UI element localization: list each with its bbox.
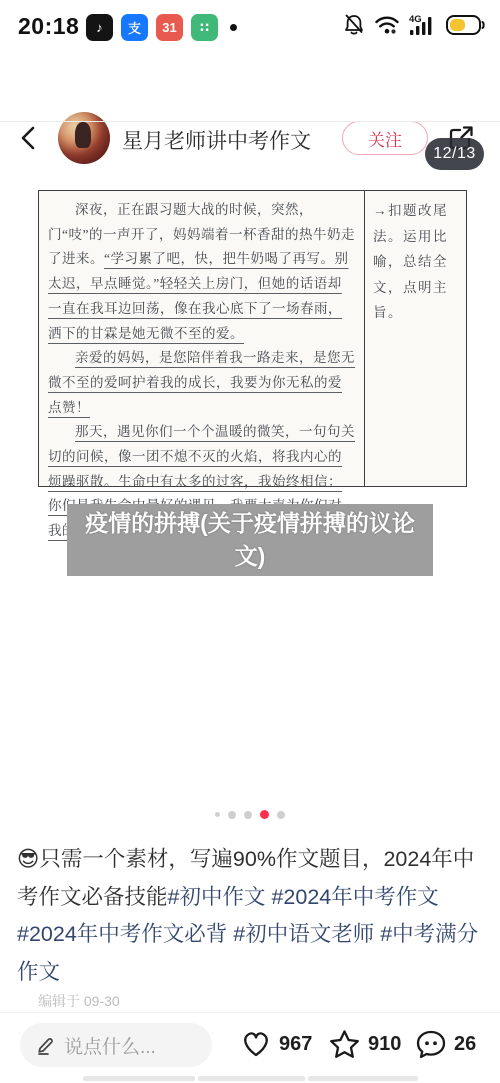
- author-name[interactable]: 星月老师讲中考作文: [122, 125, 311, 155]
- essay-photo[interactable]: 深夜，正在跟习题大战的时候，突然，门“吱”的一声开了，妈妈端着一杯香甜的热牛奶走…: [38, 190, 467, 487]
- hashtag[interactable]: #2024年中考作文: [265, 885, 438, 909]
- carousel-pagination: [0, 810, 500, 819]
- star-icon: [328, 1029, 361, 1060]
- like-button[interactable]: 967: [240, 1029, 312, 1059]
- status-bar: 20:18 ♪支31∷ 4G: [0, 0, 500, 55]
- comment-placeholder: 说点什么...: [64, 1032, 156, 1059]
- edited-timestamp: 编辑于 09-30: [38, 991, 120, 1011]
- hashtag[interactable]: #2024年中考作文必背: [17, 922, 227, 946]
- pagination-dot: [228, 811, 236, 819]
- wifi-icon: [374, 14, 400, 36]
- green-app-icon: ∷: [191, 14, 218, 41]
- back-button[interactable]: [16, 125, 42, 151]
- pagination-dot-active: [260, 810, 269, 819]
- heart-icon: [240, 1029, 272, 1059]
- comment-button[interactable]: 26: [415, 1029, 476, 1060]
- calendar-icon: 31: [156, 14, 183, 41]
- douyin-icon: ♪: [86, 14, 113, 41]
- bottom-action-bar: 说点什么... 967 910 26: [0, 1012, 500, 1083]
- alipay-icon: 支: [121, 14, 148, 41]
- follow-button[interactable]: 关注: [342, 121, 428, 155]
- comment-input[interactable]: 说点什么...: [20, 1023, 212, 1067]
- bottom-strip-segment: [83, 1076, 195, 1081]
- header-divider: [0, 121, 500, 122]
- pagination-dot: [277, 811, 285, 819]
- author-avatar[interactable]: [58, 112, 110, 164]
- post-caption: 😎只需一个素材，写遍90%作文题目，2024年中考作文必备技能#初中作文 #20…: [0, 841, 500, 991]
- comment-count: 26: [454, 1033, 476, 1056]
- pagination-dot: [244, 811, 252, 819]
- battery-icon: [446, 14, 486, 36]
- clock: 20:18: [18, 13, 79, 40]
- more-notifications-dot: [230, 24, 237, 31]
- bottom-strip-segment: [198, 1076, 305, 1081]
- post-title-overlay: 疫情的拼搏(关于疫情拼搏的议论文): [67, 504, 433, 576]
- bell-muted-icon: [343, 13, 365, 37]
- annotation-column: →扣题改尾法。运用比喻，总结全文，点明主旨。: [364, 191, 466, 486]
- network-type-label: 4G: [409, 14, 422, 25]
- pagination-dot: [215, 812, 220, 817]
- like-count: 967: [279, 1033, 312, 1056]
- hashtag[interactable]: #初中作文: [168, 885, 266, 909]
- collect-button[interactable]: 910: [328, 1029, 401, 1060]
- sunglasses-emoji: 😎: [17, 847, 39, 871]
- hashtag[interactable]: #初中语文老师: [227, 922, 374, 946]
- bottom-strip-segment: [308, 1076, 418, 1081]
- essay-paragraph: 亲爱的妈妈，是您陪伴着我一路走来，是您无微不至的爱呵护着我的成长，我要为你无私的…: [48, 346, 355, 420]
- comment-bubble-icon: [415, 1029, 447, 1060]
- essay-paragraph: 深夜，正在跟习题大战的时候，突然，门“吱”的一声开了，妈妈端着一杯香甜的热牛奶走…: [48, 198, 355, 346]
- cellular-signal-icon: 4G: [409, 13, 437, 37]
- essay-text-column: 深夜，正在跟习题大战的时候，突然，门“吱”的一声开了，妈妈端着一杯香甜的热牛奶走…: [39, 191, 364, 486]
- notification-app-icons: ♪支31∷: [86, 14, 237, 41]
- pencil-icon: [36, 1036, 55, 1055]
- collect-count: 910: [368, 1033, 401, 1056]
- teacher-annotation: →扣题改尾法。运用比喻，总结全文，点明主旨。: [373, 198, 459, 326]
- image-counter-badge: 12/13: [425, 138, 484, 170]
- post-header: 星月老师讲中考作文 关注: [0, 55, 500, 122]
